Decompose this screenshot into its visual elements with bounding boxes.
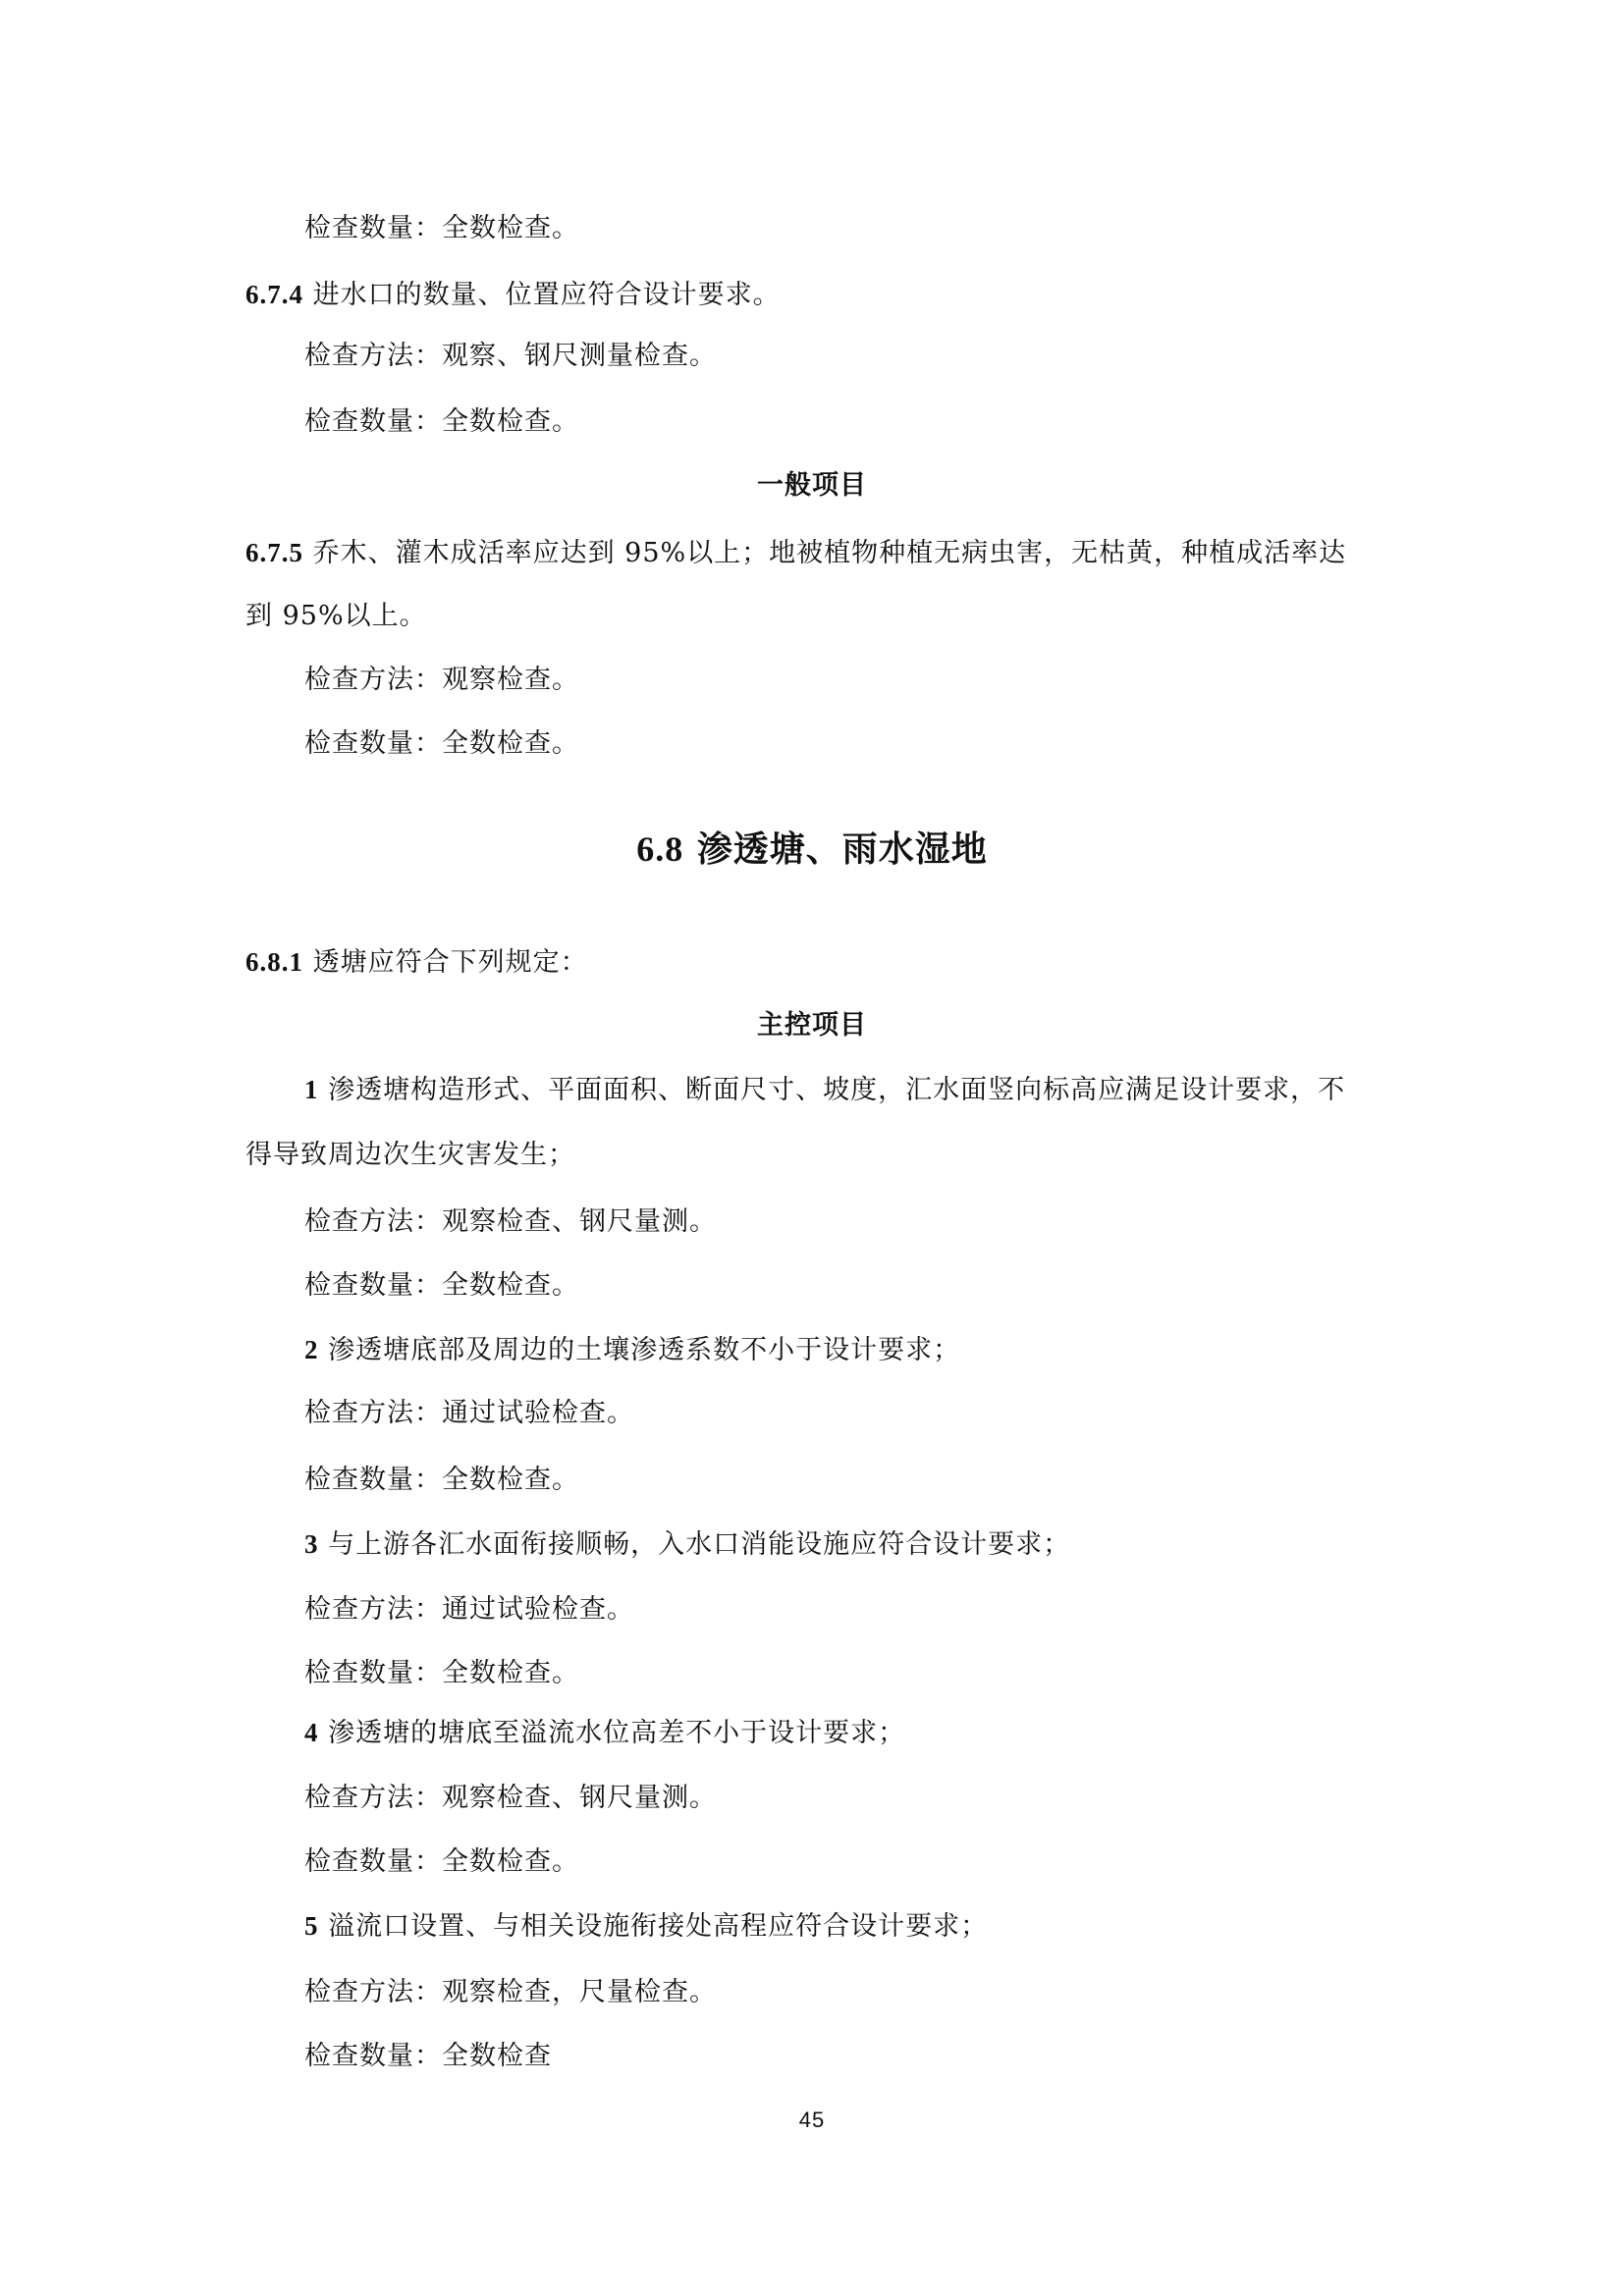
- clause-number: 6.7.5: [245, 538, 303, 567]
- inspection-method-line: 检查方法：观察检查、钢尺量测。: [304, 1782, 717, 1815]
- clause-text: 进水口的数量、位置应符合设计要求。: [313, 280, 781, 310]
- clause-text: 透塘应符合下列规定：: [313, 947, 588, 978]
- item-3: 3 与上游各汇水面衔接顺畅，入水口消能设施应符合设计要求；: [304, 1527, 1070, 1562]
- inspection-method-line: 检查方法：观察、钢尺测量检查。: [304, 340, 717, 373]
- item-text: 渗透塘底部及周边的土壤渗透系数不小于设计要求；: [328, 1335, 960, 1365]
- item-number: 1: [304, 1075, 319, 1104]
- inspection-quantity-line: 检查数量：全数检查。: [304, 1269, 579, 1303]
- inspection-quantity-line: 检查数量：全数检查。: [304, 1845, 579, 1879]
- subheading-general-items: 一般项目: [0, 469, 1624, 503]
- clause-6-7-4: 6.7.4 进水口的数量、位置应符合设计要求。: [245, 278, 781, 312]
- inspection-quantity-line: 检查数量：全数检查。: [304, 1657, 579, 1690]
- subheading-main-control-items: 主控项目: [0, 1009, 1624, 1042]
- clause-6-7-5: 6.7.5 乔木、灌木成活率应达到 95%以上；地被植物种植无病虫害，无枯黄，种…: [245, 536, 1346, 570]
- inspection-method-line: 检查方法：通过试验检查。: [304, 1593, 634, 1627]
- clause-6-8-1: 6.8.1 透塘应符合下列规定：: [245, 945, 588, 980]
- item-text: 渗透塘构造形式、平面面积、断面尺寸、坡度，汇水面竖向标高应满足设计要求，不: [328, 1075, 1345, 1105]
- item-continuation: 得导致周边次生灾害发生；: [245, 1139, 575, 1172]
- item-number: 2: [304, 1335, 319, 1364]
- inspection-method-line: 检查方法：通过试验检查。: [304, 1397, 634, 1430]
- clause-continuation: 到 95%以上。: [245, 600, 427, 633]
- inspection-quantity-line: 检查数量：全数检查。: [304, 405, 579, 439]
- item-4: 4 渗透塘的塘底至溢流水位高差不小于设计要求；: [304, 1716, 905, 1750]
- inspection-quantity-line: 检查数量：全数检查。: [304, 1464, 579, 1497]
- item-text: 渗透塘的塘底至溢流水位高差不小于设计要求；: [328, 1718, 905, 1748]
- inspection-quantity-line: 检查数量：全数检查: [304, 2040, 552, 2073]
- inspection-quantity-line: 检查数量：全数检查。: [304, 212, 579, 245]
- inspection-method-line: 检查方法：观察检查。: [304, 664, 579, 697]
- section-number: 6.8: [636, 829, 683, 869]
- inspection-method-line: 检查方法：观察检查、钢尺量测。: [304, 1205, 717, 1239]
- section-title-text: 渗透塘、雨水湿地: [697, 828, 988, 870]
- clause-text: 乔木、灌木成活率应达到 95%以上；地被植物种植无病虫害，无枯黄，种植成活率达: [313, 538, 1347, 568]
- item-1: 1 渗透塘构造形式、平面面积、断面尺寸、坡度，汇水面竖向标高应满足设计要求，不: [304, 1073, 1345, 1107]
- item-2: 2 渗透塘底部及周边的土壤渗透系数不小于设计要求；: [304, 1333, 960, 1367]
- item-number: 4: [304, 1718, 319, 1747]
- item-number: 5: [304, 1911, 319, 1941]
- item-text: 与上游各汇水面衔接顺畅，入水口消能设施应符合设计要求；: [328, 1529, 1070, 1560]
- section-title-6-8: 6.8 渗透塘、雨水湿地: [0, 828, 1624, 871]
- inspection-method-line: 检查方法：观察检查，尺量检查。: [304, 1976, 717, 2009]
- item-text: 溢流口设置、与相关设施衔接处高程应符合设计要求；: [328, 1911, 988, 1942]
- page-number: 45: [0, 2104, 1624, 2137]
- item-number: 3: [304, 1529, 319, 1559]
- clause-number: 6.7.4: [245, 280, 303, 309]
- clause-number: 6.8.1: [245, 947, 303, 977]
- item-5: 5 溢流口设置、与相关设施衔接处高程应符合设计要求；: [304, 1909, 988, 1944]
- inspection-quantity-line: 检查数量：全数检查。: [304, 727, 579, 761]
